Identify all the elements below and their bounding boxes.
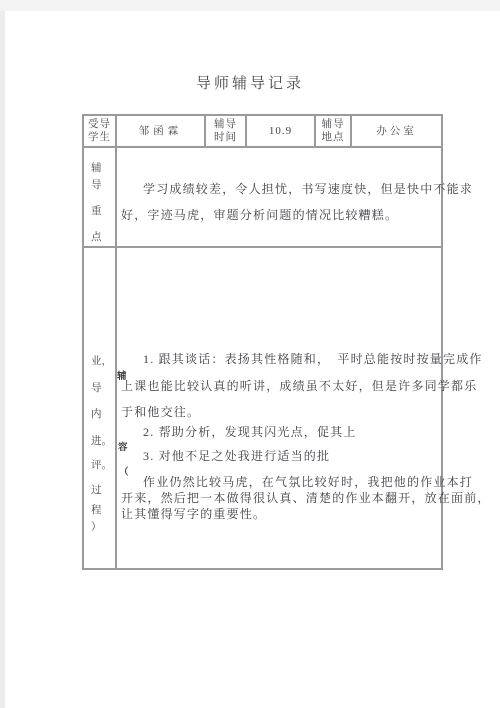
student-label-line2: 学生 [88, 131, 111, 144]
process-label-char: 评。 [91, 457, 113, 472]
focus-label-char: 导 [91, 177, 113, 192]
process-line: 3. 对他不足之处我进行适当的批 [143, 449, 330, 463]
student-label-line1: 受导 [88, 118, 111, 131]
place-value: 办公室 [376, 125, 417, 138]
focus-label-char: 辅 [91, 160, 113, 175]
place-label-cell: 辅导 地点 [316, 116, 350, 146]
time-label-line2: 时间 [214, 131, 237, 144]
scanned-document-page: { "page": { "title": "导师辅导记录" }, "colors… [0, 0, 500, 708]
focus-label-char: 重 [91, 203, 113, 218]
place-label-line1: 辅导 [322, 118, 345, 131]
page-left-margin [0, 11, 5, 708]
process-line: 上课也能比较认真的听讲，成绩虽不太好，但是许多同学都乐 [121, 379, 477, 393]
process-label-char: 过 [91, 482, 113, 497]
process-line: 让其懂得写字的重要性。 [121, 507, 266, 521]
record-table: 受导 学生 邹函霖 辅导 时间 10.9 辅导 地点 办公室 辅 导 重 点 学… [82, 114, 443, 570]
process-label-char: 内 [91, 406, 113, 421]
place-label-line2: 地点 [322, 131, 345, 144]
process-label-char: ） [91, 519, 113, 534]
row2-bottom-border [84, 246, 441, 248]
process-label-char: 导 [91, 380, 113, 395]
time-label-cell: 辅导 时间 [206, 116, 245, 146]
process-line: 开来，然后把一本做得很认真、清楚的作业本翻开，放在面前， [121, 491, 491, 505]
student-label-cell: 受导 学生 [84, 116, 115, 146]
time-value: 10.9 [269, 125, 292, 138]
process-line: 作业仍然比较马虎，在气氛比较好时，我把他的作业本打 [143, 475, 473, 489]
process-label-char: 业， [91, 353, 113, 368]
place-value-cell: 办公室 [352, 116, 441, 146]
page-title: 导师辅导记录 [0, 72, 500, 93]
time-value-cell: 10.9 [247, 116, 314, 146]
page-top-margin [0, 0, 500, 11]
row1-bottom-border [84, 146, 441, 148]
process-line: 1. 跟其谈话：表扬其性格随和， 平时总能按时按量完成作 [143, 352, 483, 366]
focus-label-char: 点 [91, 229, 113, 244]
label-column-divider [115, 116, 117, 568]
process-line: 2. 帮助分析，发现其闪光点，促其上 [143, 425, 357, 439]
student-name-cell: 邹函霖 [117, 116, 204, 146]
focus-text-line: 好，字迹马虎，审题分析问题的情况比较糟糕。 [121, 208, 398, 222]
time-label-line1: 辅导 [214, 118, 237, 131]
process-label-char: 程 [91, 502, 113, 517]
process-line: 于和他交往。 [121, 405, 200, 419]
process-label-char: 进。 [91, 433, 113, 448]
focus-text-line: 学习成绩较差，令人担忧，书写速度快，但是快中不能求 [143, 182, 473, 196]
fragment-char: （ [119, 464, 129, 478]
student-name: 邹函霖 [139, 125, 183, 138]
fragment-char: 容 [118, 439, 128, 453]
